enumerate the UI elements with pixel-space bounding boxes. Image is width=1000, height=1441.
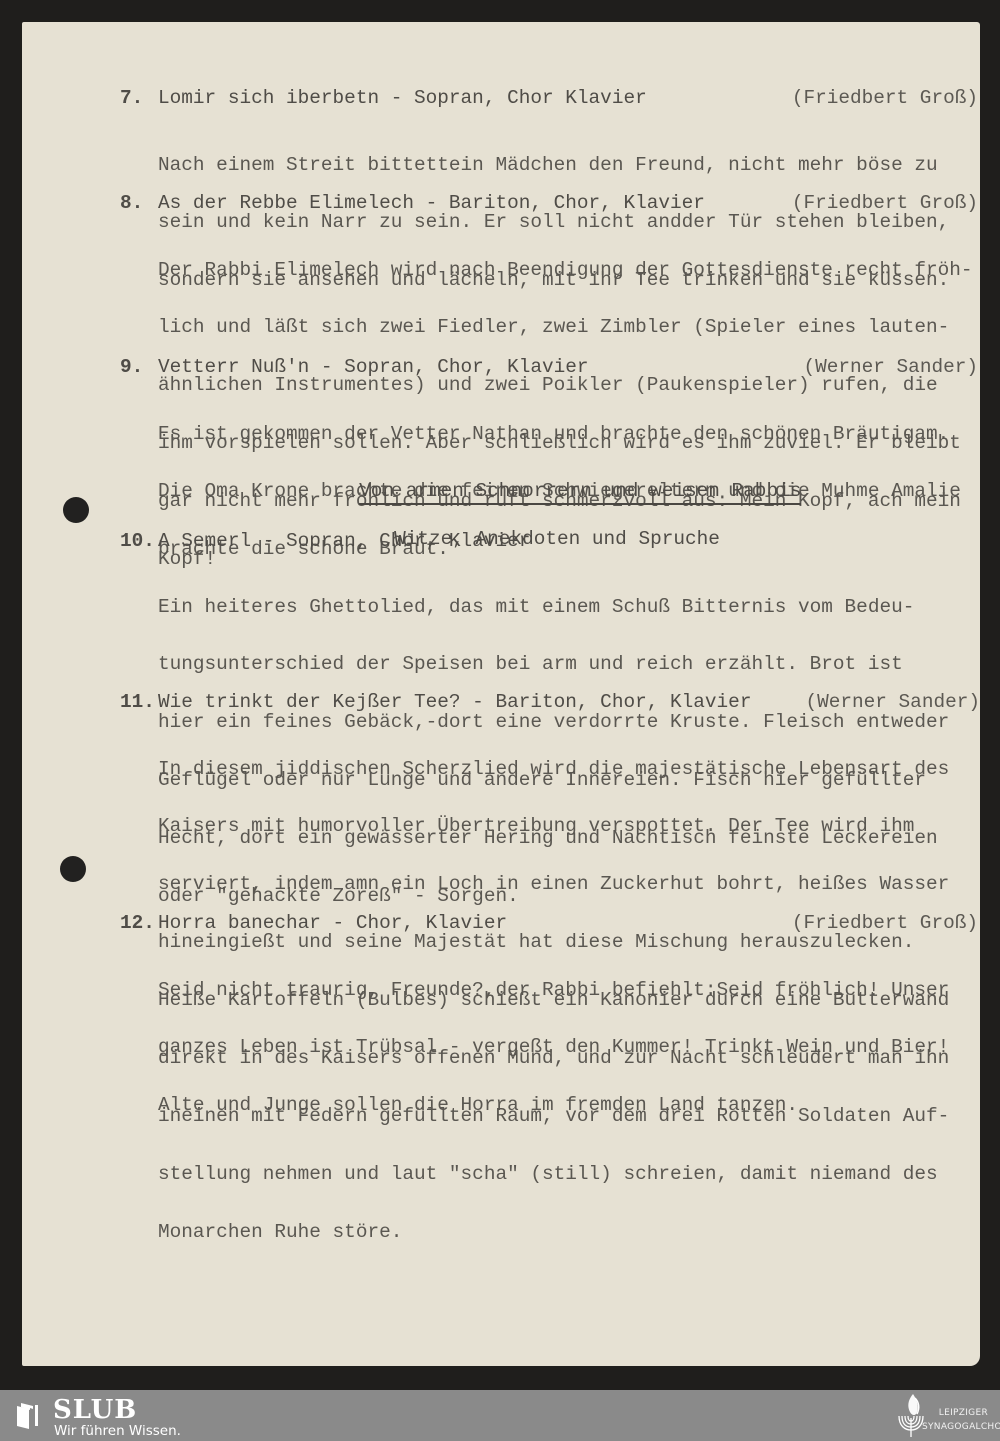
description-line: stellung nehmen und laut "scha" (still) … [158,1165,949,1184]
description-line: Es ist gekommen der Vetter Nathan und br… [158,425,961,444]
program-entry-8: 8. As der Rebbe Elimelech - Bariton, Cho… [0,194,1000,310]
slub-book-icon [14,1402,40,1430]
section-title: Von armen Schnorrern und weisen Rabbis [359,482,801,504]
brand-line-1: Leipziger [922,1406,992,1420]
entry-title: As der Rebbe Elimelech - Bariton, Chor, … [158,194,705,213]
description-line: serviert, indem amn ein Loch in einen Zu… [158,875,949,894]
description-line: Ein heiteres Ghettolied, das mit einem S… [158,598,949,617]
entry-title: A Semerl - Sopran, Chor, Klavier [158,532,530,551]
description-line: tungsunterschied der Speisen bei arm und… [158,655,949,674]
entry-number: 9. [120,358,143,377]
entry-number: 7. [120,89,143,108]
description-line: Alte und Junge sollen die Horra im fremd… [158,1096,949,1115]
entry-title: Wie trinkt der Kejßer Tee? - Bariton, Ch… [158,693,751,712]
slub-logo-text: SLUB [53,1395,137,1425]
entry-composer: (Friedbert Groß) [792,914,978,933]
entry-number: 11. [120,693,155,712]
entry-composer: (Werner Sander) [805,693,980,712]
description-line: Monarchen Ruhe störe. [158,1223,949,1242]
slub-tagline: Wir führen Wissen. [54,1423,181,1439]
program-entry-9: 9. Vetterr Nuß'n - Sopran, Chor, Klavier… [0,358,1000,474]
entry-composer: (Friedbert Groß) [792,89,978,108]
description-line: In diesem jiddischen Scherzlied wird die… [158,760,949,779]
description-line: Kaisers mit humorvoller Übertreibung ver… [158,817,949,836]
program-entry-7: 7. Lomir sich iberbetn - Sopran, Chor Kl… [0,89,1000,205]
program-entry-11: 11. Wie trinkt der Kejßer Tee? - Bariton… [0,693,1000,809]
typewritten-text: 7. Lomir sich iberbetn - Sopran, Chor Kl… [0,0,1000,425]
program-entry-12: 12. Horra banechar - Chor, Klavier (Frie… [0,914,1000,1030]
description-line: ganzes Leben ist Trübsal - vergeßt den K… [158,1038,949,1057]
description-line: lich und läßt sich zwei Fiedler, zwei Zi… [158,318,973,337]
program-entry-10: 10. A Semerl - Sopran, Chor, Klavier Ein… [0,532,1000,628]
entry-composer: (Werner Sander) [803,358,978,377]
entry-number: 8. [120,194,143,213]
entry-title: Lomir sich iberbetn - Sopran, Chor Klavi… [158,89,647,108]
footer-bar: SLUB Wir führen Wissen. Leipziger Synago… [0,1390,1000,1441]
punch-hole [60,856,86,882]
leipziger-synagogalchor-logo-text: Leipziger Synagogalchor [922,1406,992,1434]
entry-title: Horra banechar - Chor, Klavier [158,914,507,933]
entry-description: Seid nicht traurig, Freunde?,der Rabbi b… [158,942,949,1154]
brand-line-2: Synagogalchor [922,1420,992,1434]
description-line: Nach einem Streit bittettein Mädchen den… [158,156,949,175]
description-line: Der Rabbi Elimelech wird nach Beendigung… [158,261,973,280]
entry-title: Vetterr Nuß'n - Sopran, Chor, Klavier [158,358,589,377]
entry-number: 12. [120,914,155,933]
entry-number: 10. [120,532,155,551]
entry-composer: (Friedbert Groß) [792,194,978,213]
description-line: Seid nicht traurig, Freunde?,der Rabbi b… [158,981,949,1000]
